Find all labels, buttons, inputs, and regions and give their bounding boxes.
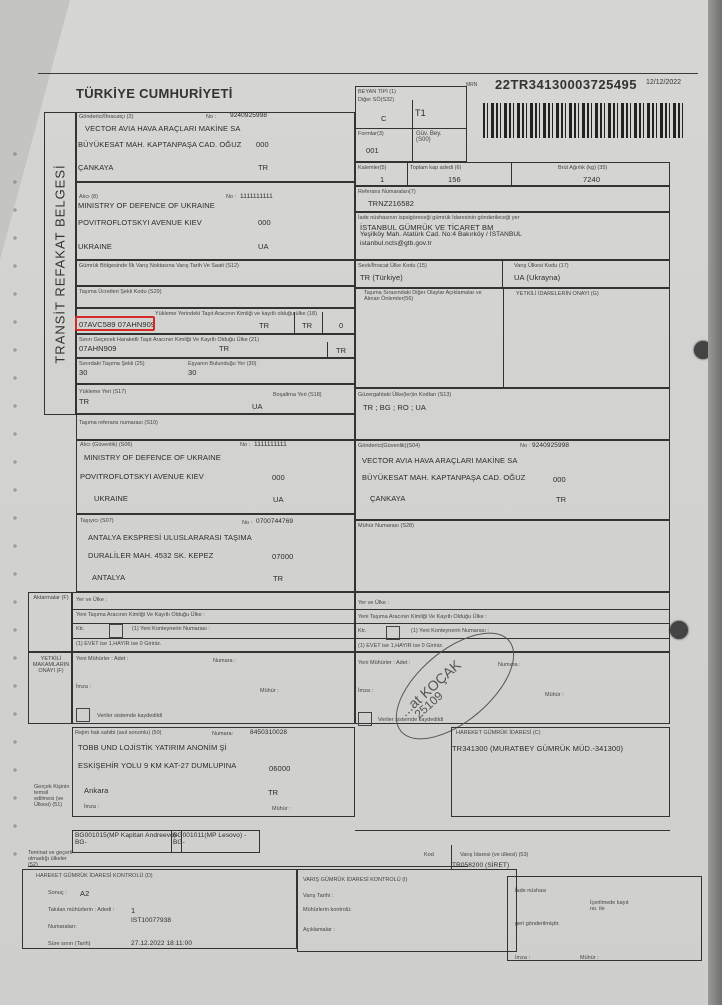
container-flag: 0: [339, 321, 343, 330]
shipper-country: TR: [556, 495, 566, 504]
new-seals-label-2: Yeni Mühürler : Adet :: [358, 660, 410, 666]
consignee-label: Alıcı (8): [79, 194, 98, 200]
return-copy-label: İade nüshası: [515, 888, 547, 894]
shipper-no: 9240925998: [532, 442, 569, 449]
departure-office-value: TR341300 (MURATBEY GÜMRÜK MÜD.-341300): [452, 744, 623, 753]
departure-office-box: [451, 727, 670, 817]
border-mode-value: 30: [79, 368, 88, 377]
divider: [327, 342, 328, 358]
consignor-name: VECTOR AVIA HAVA ARAÇLARI MAKİNE SA: [85, 124, 241, 133]
principal-address: ESKİŞEHİR YOLU 9 KM KAT-27 DUMLUPINA: [78, 761, 236, 770]
loading-value: TR: [79, 397, 89, 406]
border-mode-label: Sınırdaki Taşıma Şekli (25): [79, 361, 145, 367]
shipper-postal: 000: [553, 475, 566, 484]
side-title-box: TRANSİT REFAKAT BELGESİ: [44, 112, 76, 415]
principal-box: [72, 727, 355, 817]
carrier-no-label: No :: [242, 520, 252, 526]
consignor-no-label: No :: [206, 114, 216, 120]
carrier-label: Taşıyıcı (S07): [80, 518, 114, 524]
transit-office-2-value: BG001011(MP Lesovo) -BG-: [173, 832, 257, 846]
divider: [503, 288, 504, 388]
itinerary-label: Güzergahtaki Ülke(ler)in Kodları (S13): [358, 392, 451, 398]
seal-number-box: [355, 520, 670, 592]
destination-office-label: Varış İdaresi (ve ülkesi) (53): [460, 852, 528, 858]
consignor-city: ÇANKAYA: [78, 163, 113, 172]
reference-label: Referans Numaraları(7): [358, 189, 416, 195]
principal-number: 8450310028: [250, 729, 287, 736]
consignee-city: UKRAINE: [78, 242, 112, 251]
shipper-no-label: No :: [520, 443, 530, 449]
new-vehicle-label: Yeni Taşıma Aracının Kimliği Ve Kayıtlı …: [76, 612, 205, 618]
divider: [355, 609, 670, 610]
yes-no-note: (1) EVET ise 1,HAYIR ise 0 Giriniz.: [76, 641, 161, 647]
arrival-time-label: Gümrük Bölgesinde İlk Varış Noktasına Va…: [79, 263, 239, 269]
goods-location-label: Eşyanın Bulunduğu Yer (30): [188, 361, 257, 367]
principal-country: TR: [268, 788, 278, 797]
mrn-label: MRN: [466, 82, 477, 88]
seal-check-label: Mühürlerin kontrolü:: [303, 907, 352, 913]
buyer-name: MINISTRY OF DEFENCE OF UKRAINE: [84, 453, 221, 462]
carrier-postal: 07000: [272, 552, 293, 561]
consignor-country: TR: [258, 163, 268, 172]
new-container-label: (1) Yeni Konteynerin Numarası :: [132, 626, 210, 632]
seal-numbers-label: Numaraları:: [48, 924, 77, 930]
goods-location-value: 30: [188, 368, 197, 377]
place-country-label-2: Yer ve Ülke :: [358, 600, 389, 606]
dispatch-country-value: TR (Türkiye): [360, 273, 403, 282]
events-box: [355, 288, 670, 388]
destination-code-label: Kod: [424, 852, 434, 858]
punch-hole: [670, 621, 688, 639]
buyer-address: POVITROFLOTSKYI AVENUE KIEV: [80, 472, 204, 481]
mrn-number: 22TR34130003725495: [495, 77, 637, 92]
consignor-postal: 000: [256, 140, 269, 149]
items-value: 1: [380, 175, 384, 184]
forms-value: 001: [366, 146, 379, 155]
events-label: Taşıma Sırasındaki Diğer Olaylar Açıklam…: [364, 290, 484, 302]
other-label: Diğer SÖ(S32): [358, 97, 394, 103]
declaration-type-label: BEYAN TİPİ (1): [358, 89, 396, 95]
seals-attached-label: Takılan mühürlerin : Adedi :: [48, 907, 114, 913]
shipper-name: VECTOR AVIA HAVA ARAÇLARI MAKİNE SA: [362, 456, 518, 465]
signature-label: İmza :: [76, 684, 91, 690]
consignee-postal: 000: [258, 218, 271, 227]
transit-document-page: TÜRKİYE CUMHURİYETİ MRN 22TR341300037254…: [0, 0, 712, 1005]
stamp-label: Mühür :: [260, 688, 279, 694]
new-seals-number-label: Numara :: [213, 658, 236, 664]
itinerary-value: TR ; BG ; RO ; UA: [363, 403, 426, 412]
carrier-country: TR: [273, 574, 283, 583]
packages-value: 156: [448, 175, 461, 184]
represented-label: Gerçek Kişinin temsil edilmesi (ve Ülkes…: [34, 784, 70, 808]
border-vehicle-value: 07AHN909: [79, 344, 117, 353]
divider: [355, 830, 670, 831]
stamp-label-2: Mühür :: [545, 692, 564, 698]
divider: [322, 312, 323, 334]
transport-ref-label: Taşıma referans numarası (S10): [79, 420, 158, 426]
principal-label: Rejim hak sahibi (asıl sorumlu) (50): [75, 730, 162, 736]
items-label: Kalemler(5): [358, 165, 386, 171]
border-vehicle-label: Sınırı Geçecek Haraketli Taşıt Aracının …: [79, 337, 259, 343]
destination-country-value: UA (Ukrayna): [514, 273, 560, 282]
deadline-label: Süre sınırı (Tarih): [48, 941, 90, 947]
border-vehicle-country: TR: [219, 344, 229, 353]
security-label: Güv. Bey. (S00): [416, 131, 456, 143]
consignee-country: UA: [258, 242, 269, 251]
carrier-city: ANTALYA: [92, 573, 125, 582]
principal-stamp-label: Mühür :: [272, 806, 291, 812]
carrier-no: 0700744769: [256, 518, 293, 525]
shipper-address: BÜYÜKESAT MAH. KAPTANPAŞA CAD. OĞUZ: [362, 473, 525, 482]
buyer-country: UA: [273, 495, 284, 504]
departure-office-label: HAREKET GÜMRÜK İDARESİ (C): [456, 730, 541, 736]
unloading-value: UA: [252, 402, 263, 411]
consignee-no-label: No :: [226, 194, 236, 200]
divider: [412, 100, 413, 162]
principal-signature-label: İmza :: [84, 804, 99, 810]
place-country-label: Yer ve Ülke :: [76, 597, 107, 603]
divider: [511, 162, 512, 186]
vehicle-country: TR: [259, 321, 269, 330]
result-label: Sonuç :: [48, 890, 67, 896]
consignor-address: BÜYÜKESAT MAH. KAPTANPAŞA CAD. OĞUZ: [78, 140, 241, 149]
divider: [72, 609, 355, 610]
departure-control-label: HAREKET GÜMRÜK İDARESİ KONTROLÜ (D): [36, 873, 153, 879]
transshipment-side-box: [28, 592, 72, 652]
return-copy-registered: İçerilmede kayıt no. ile: [590, 900, 632, 912]
transport-charges-label: Taşıma Ücretleri Şekli Kodu (S29): [79, 289, 162, 295]
principal-name: TOBB UND LOJİSTİK YATIRIM ANONİM Şİ: [78, 743, 227, 752]
new-seals-label: Yeni Mühürler : Adet :: [76, 656, 128, 662]
divider: [355, 623, 670, 624]
declaration-type: T1: [415, 108, 426, 118]
new-vehicle-label-2: Yeni Taşıma Aracının Kimliği Ve Kayıtlı …: [358, 614, 487, 620]
arrival-date-label: Varış Tarihi :: [303, 893, 333, 899]
return-office-line2: Yeşilköy Mah. Atatürk Cad. No:4 Bakırköy…: [360, 231, 522, 238]
remarks-label: Açıklamalar :: [303, 927, 335, 933]
mrn-date: 12/12/2022: [646, 79, 681, 86]
vehicle-country-2: TR: [302, 321, 312, 330]
return-copy-signature: İmza :: [515, 955, 530, 961]
barcode: [483, 103, 683, 138]
shipper-city: ÇANKAYA: [370, 494, 405, 503]
seals-attached-numbers: IST10077938: [131, 917, 171, 924]
reference-value: TRNZ216582: [368, 199, 414, 208]
carrier-name: ANTALYA EKSPRESİ ULUSLARARASI TAŞIMA: [88, 533, 252, 542]
container-label-2: Ktr.: [358, 628, 366, 634]
result-value: A2: [80, 889, 89, 898]
container-checkbox-2[interactable]: [386, 626, 400, 640]
transport-ref-box: [76, 414, 355, 440]
loading-label: Yükleme Yeri (S17): [79, 389, 126, 395]
destination-office-value: TR058200 (SİRET): [452, 862, 509, 869]
recorded-label: Veriler sistemde kaydedildi: [97, 713, 162, 719]
dispatch-country-label: Sevk/İhracat Ülke Kodu (15): [358, 263, 427, 269]
seals-attached-count: 1: [131, 906, 135, 915]
return-copy-stamp: Mühür :: [580, 955, 599, 961]
transshipment-side-label: Aktarmalar (F): [32, 595, 70, 601]
authority-side-label: YETKİLİ MAKAMLARIN ONAYI (F): [30, 656, 72, 674]
border-vehicle-country-2: TR: [336, 346, 346, 355]
consignee-name: MINISTRY OF DEFENCE OF UKRAINE: [78, 201, 215, 210]
buyer-city: UKRAINE: [94, 494, 128, 503]
page-edge-shadow: [708, 0, 722, 1005]
return-copy-sent: geri gönderilmiştir.: [515, 921, 560, 927]
principal-city: Ankara: [84, 786, 108, 795]
destination-country-label: Varış Ülkesi Kodu (17): [514, 263, 569, 269]
principal-postal: 06000: [269, 764, 290, 773]
return-office-line3: istanbul.ncts@gtb.gov.tr: [360, 240, 432, 247]
divider: [502, 260, 503, 288]
unloading-label: Boşaltma Yeri (S18): [273, 392, 322, 398]
return-office-label: İade nüshasının ispsigöreceği gümrük İda…: [358, 215, 519, 221]
gross-mass-value: 7240: [583, 175, 600, 184]
recorded-checkbox[interactable]: [76, 708, 90, 722]
perforation-marks: [4, 140, 34, 860]
divider: [355, 638, 670, 639]
top-border: [38, 73, 698, 74]
consignee-no: 1111111111: [240, 193, 273, 200]
country-title: TÜRKİYE CUMHURİYETİ: [76, 86, 233, 101]
buyer-security-label: Alıcı (Güvenlik) (S06): [80, 442, 132, 448]
vehicle-label: Yükleme Yerindeki Taşıt Aracının Kimliği…: [155, 311, 317, 317]
deadline-value: 27.12.2022 18:11:00: [131, 940, 192, 947]
packages-label: Toplam kap adedi (6): [410, 165, 461, 171]
divider: [72, 638, 355, 639]
signature-label-2: İmza :: [358, 688, 373, 694]
consignee-address: POVITROFLOTSKYI AVENUE KIEV: [78, 218, 202, 227]
recorded-checkbox-2[interactable]: [358, 712, 372, 726]
shipper-security-label: Gönderici(Güvenlik)(S04): [358, 443, 420, 449]
seal-number-label: Mühür Numarası (S28): [358, 523, 414, 529]
totals-row: [355, 162, 670, 186]
buyer-no-label: No :: [240, 442, 250, 448]
divider: [355, 128, 467, 129]
principal-number-label: Numara:: [212, 731, 233, 737]
transit-office-1-value: BG001015(MP Kapitan Andreevo)-BG-: [75, 832, 179, 846]
divider: [28, 866, 468, 867]
yes-no-note-2: (1) EVET ise 1,HAYIR ise 0 Giriniz.: [358, 643, 443, 649]
divider: [407, 162, 408, 186]
forms-label: Formlar(3): [358, 131, 384, 137]
carrier-address: DURALİLER MAH. 4532 SK. KEPEZ: [88, 551, 213, 560]
highlight-box: [75, 316, 155, 331]
buyer-postal: 000: [272, 473, 285, 482]
consignor-label: Gönderici/İhracatçı (2): [79, 114, 133, 120]
consignor-no: 9240925998: [230, 112, 267, 119]
declaration-code: C: [381, 114, 387, 123]
arrival-control-label: VARIŞ GÜMRÜK İDARESİ KONTROLÜ (I): [303, 877, 407, 883]
buyer-no: 1111111111: [254, 441, 287, 448]
container-checkbox[interactable]: [109, 624, 123, 638]
side-title: TRANSİT REFAKAT BELGESİ: [53, 164, 68, 363]
authority-approval-label: YETKİLİ İDARELERİN ONAYI (G): [516, 291, 599, 297]
container-label: Ktr.: [76, 626, 84, 632]
gross-mass-label: Brüt Ağırlık (kg) (35): [558, 165, 607, 171]
